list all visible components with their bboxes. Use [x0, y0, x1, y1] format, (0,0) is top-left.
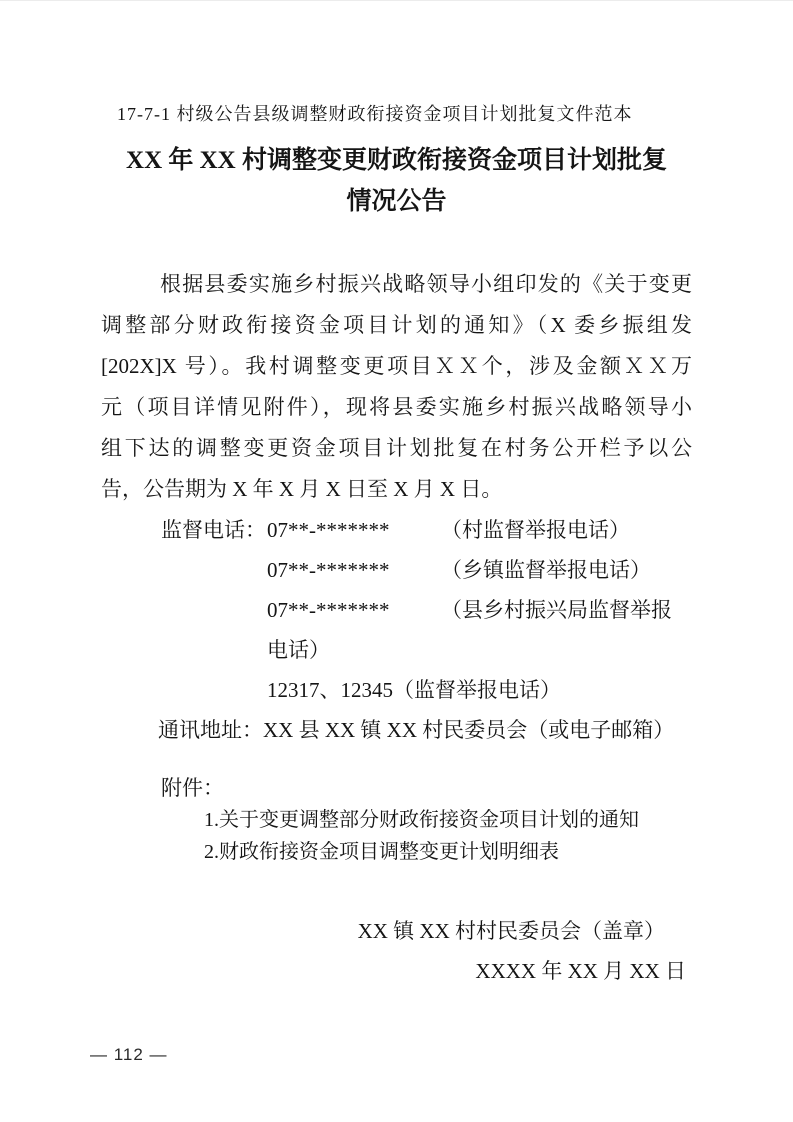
document-content: 17-7-1 村级公告县级调整财政衔接资金项目计划批复文件范本 XX 年 XX … [101, 1, 692, 991]
signature-issuer: XX 镇 XX 村村民委员会（盖章） [101, 911, 692, 951]
phone-note: （村监督举报电话） [441, 518, 630, 542]
phone-number: 07**-******* [267, 550, 441, 590]
announcement-title: XX 年 XX 村调整变更财政衔接资金项目计划批复 情况公告 [101, 140, 692, 222]
paragraph-line: 告，公告期为 X 年 X 月 X 日至 X 月 X 日。 [101, 469, 692, 510]
paragraph-line: 调整部分财政衔接资金项目计划的通知》（X 委乡振组发 [101, 305, 692, 346]
paragraph-line: 组下达的调整变更资金项目计划批复在村务公开栏予以公 [101, 428, 692, 469]
body-paragraph: 根据县委实施乡村振兴战略领导小组印发的《关于变更 调整部分财政衔接资金项目计划的… [101, 264, 692, 510]
title-line-1: XX 年 XX 村调整变更财政衔接资金项目计划批复 [101, 140, 692, 181]
phone-note: （乡镇监督举报电话） [441, 558, 651, 582]
paragraph-line: [202X]X 号）。我村调整变更项目ＸＸ个，涉及金额ＸＸ万 [101, 346, 692, 387]
signature-section: XX 镇 XX 村村民委员会（盖章） XXXX 年 XX 月 XX 日 [101, 911, 692, 991]
title-line-2: 情况公告 [101, 181, 692, 222]
mailing-address: 通讯地址：XX 县 XX 镇 XX 村民委员会（或电子邮箱） [101, 710, 692, 750]
paragraph-line: 元（项目详情见附件），现将县委实施乡村振兴战略领导小 [101, 387, 692, 428]
phone-row: 07**-*******（乡镇监督举报电话） [101, 550, 692, 590]
paragraph-line: 根据县委实施乡村振兴战略领导小组印发的《关于变更 [101, 264, 692, 305]
phone-section-label: 监督电话： [161, 510, 267, 550]
phone-row: 监督电话：07**-*******（村监督举报电话） [101, 510, 692, 550]
phone-number: 07**-******* [267, 510, 441, 550]
supervision-phone-section: 监督电话：07**-*******（村监督举报电话） 07**-*******（… [101, 510, 692, 710]
doc-label: 17-7-1 村级公告县级调整财政衔接资金项目计划批复文件范本 [101, 1, 692, 126]
document-page: 17-7-1 村级公告县级调整财政衔接资金项目计划批复文件范本 XX 年 XX … [0, 0, 793, 1122]
attachment-item: 2.财政衔接资金项目调整变更计划明细表 [101, 836, 692, 868]
phone-number: 07**-******* [267, 590, 441, 630]
phone-row: 07**-*******（县乡村振兴局监督举报电话） [101, 590, 692, 670]
attachments-label: 附件： [101, 772, 692, 804]
hotline-numbers: 12317、12345（监督举报电话） [101, 670, 692, 710]
page-number: — 112 — [90, 1045, 168, 1065]
attachment-item: 1.关于变更调整部分财政衔接资金项目计划的通知 [101, 804, 692, 836]
signature-date: XXXX 年 XX 月 XX 日 [101, 951, 692, 991]
attachments-section: 附件： 1.关于变更调整部分财政衔接资金项目计划的通知 2.财政衔接资金项目调整… [101, 772, 692, 868]
